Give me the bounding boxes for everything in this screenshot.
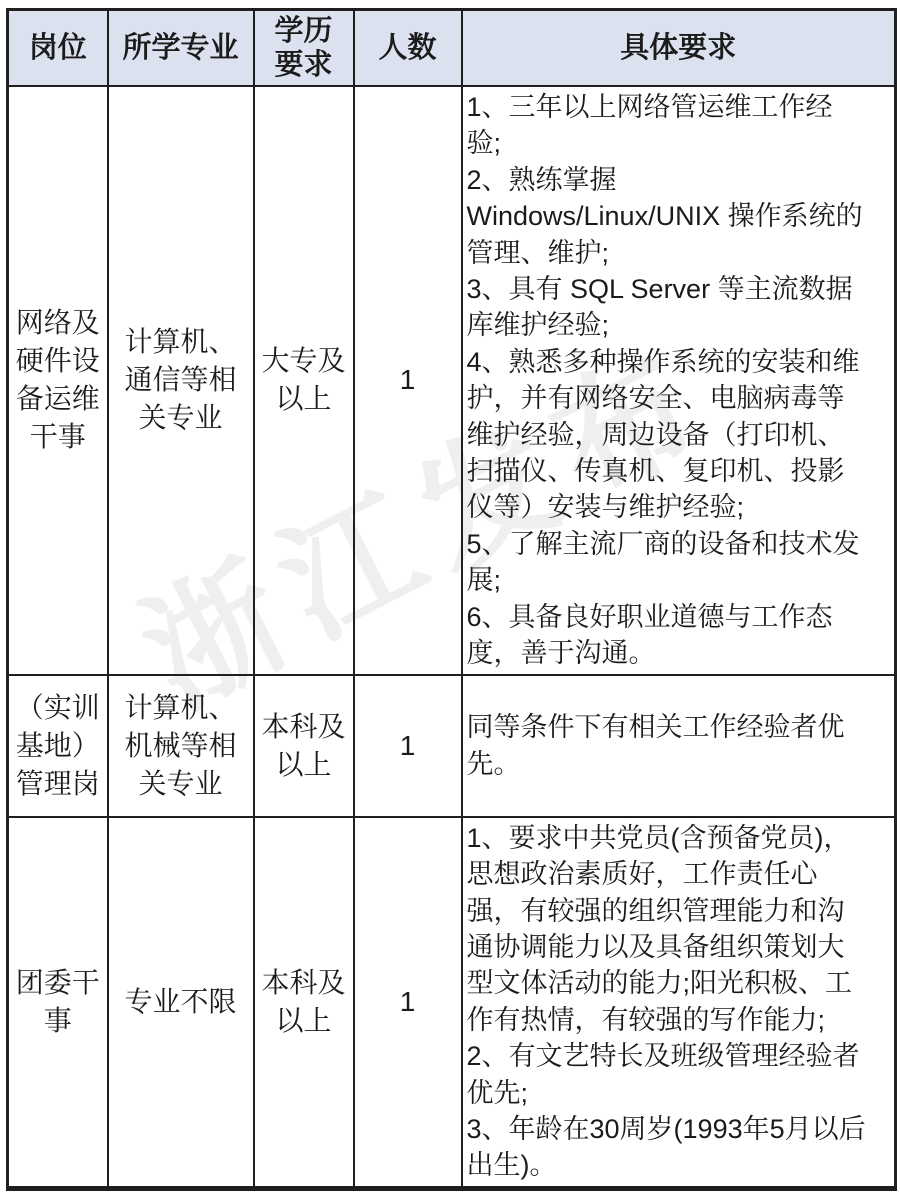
table-row: 团委干 事 专业不限 本科及 以上 1 1、要求中共党员(含预备党员)， 思想政… [8, 817, 896, 1189]
cell-count: 1 [354, 817, 462, 1189]
cell-position: 团委干 事 [8, 817, 108, 1189]
cell-requirements: 同等条件下有相关工作经验者优 先。 [462, 675, 896, 817]
header-position: 岗位 [8, 10, 108, 87]
cell-position: 网络及 硬件设 备运维 干事 [8, 86, 108, 675]
cell-education: 大专及 以上 [254, 86, 354, 675]
header-requirements: 具体要求 [462, 10, 896, 87]
table-row: （实训 基地） 管理岗 计算机、 机械等相 关专业 本科及 以上 1 同等条件下… [8, 675, 896, 817]
header-education: 学历 要求 [254, 10, 354, 87]
cell-requirements: 1、要求中共党员(含预备党员)， 思想政治素质好，工作责任心 强，有较强的组织管… [462, 817, 896, 1189]
job-requirements-table: 岗位 所学专业 学历 要求 人数 具体要求 网络及 硬件设 备运维 干事 计算机… [6, 8, 897, 1191]
header-count: 人数 [354, 10, 462, 87]
cell-count: 1 [354, 675, 462, 817]
cell-count: 1 [354, 86, 462, 675]
cell-major: 计算机、 机械等相 关专业 [108, 675, 254, 817]
cell-major: 计算机、 通信等相 关专业 [108, 86, 254, 675]
cell-position: （实训 基地） 管理岗 [8, 675, 108, 817]
table-row: 网络及 硬件设 备运维 干事 计算机、 通信等相 关专业 大专及 以上 1 1、… [8, 86, 896, 675]
header-major: 所学专业 [108, 10, 254, 87]
cell-education: 本科及 以上 [254, 817, 354, 1189]
page: 浙江发布 岗位 所学专业 学历 要求 人数 具体要求 网络及 硬件设 备运维 干… [0, 0, 900, 1199]
cell-requirements: 1、三年以上网络管运维工作经 验; 2、熟练掌握 Windows/Linux/U… [462, 86, 896, 675]
header-row: 岗位 所学专业 学历 要求 人数 具体要求 [8, 10, 896, 87]
cell-education: 本科及 以上 [254, 675, 354, 817]
cell-major: 专业不限 [108, 817, 254, 1189]
